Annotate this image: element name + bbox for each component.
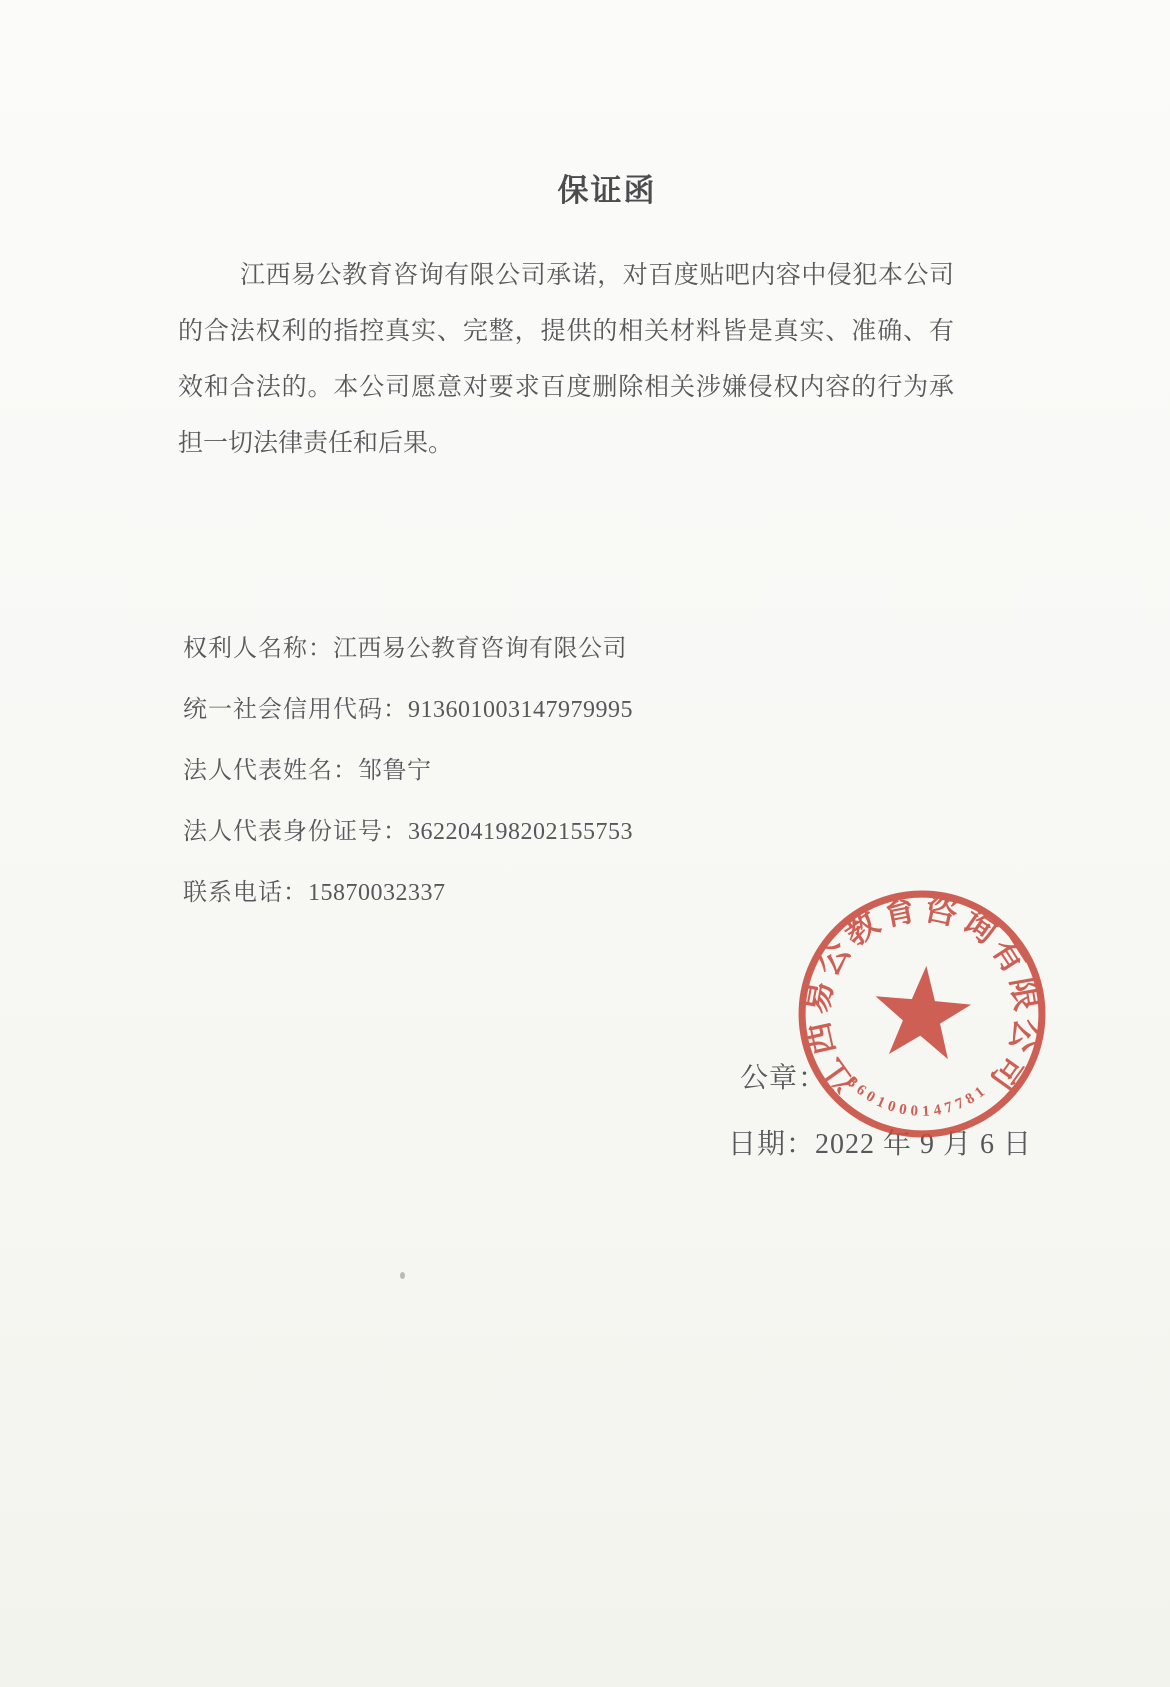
- svg-text:3601000147781: 3601000147781: [844, 1074, 991, 1120]
- seal-number: 3601000147781: [844, 1074, 991, 1120]
- document-page: 保证函 江西易公教育咨询有限公司承诺，对百度贴吧内容中侵犯本公司 的合法权利的指…: [0, 0, 1170, 1687]
- seal-star-icon: [871, 962, 975, 1061]
- paper-speck: [400, 1272, 405, 1279]
- signature-section: 公章： 日期：2022 年 9 月 6 日 江西易公教育咨询有限公司 36010…: [0, 0, 1170, 1687]
- company-seal-stamp-icon: 江西易公教育咨询有限公司 3601000147781: [791, 883, 1053, 1145]
